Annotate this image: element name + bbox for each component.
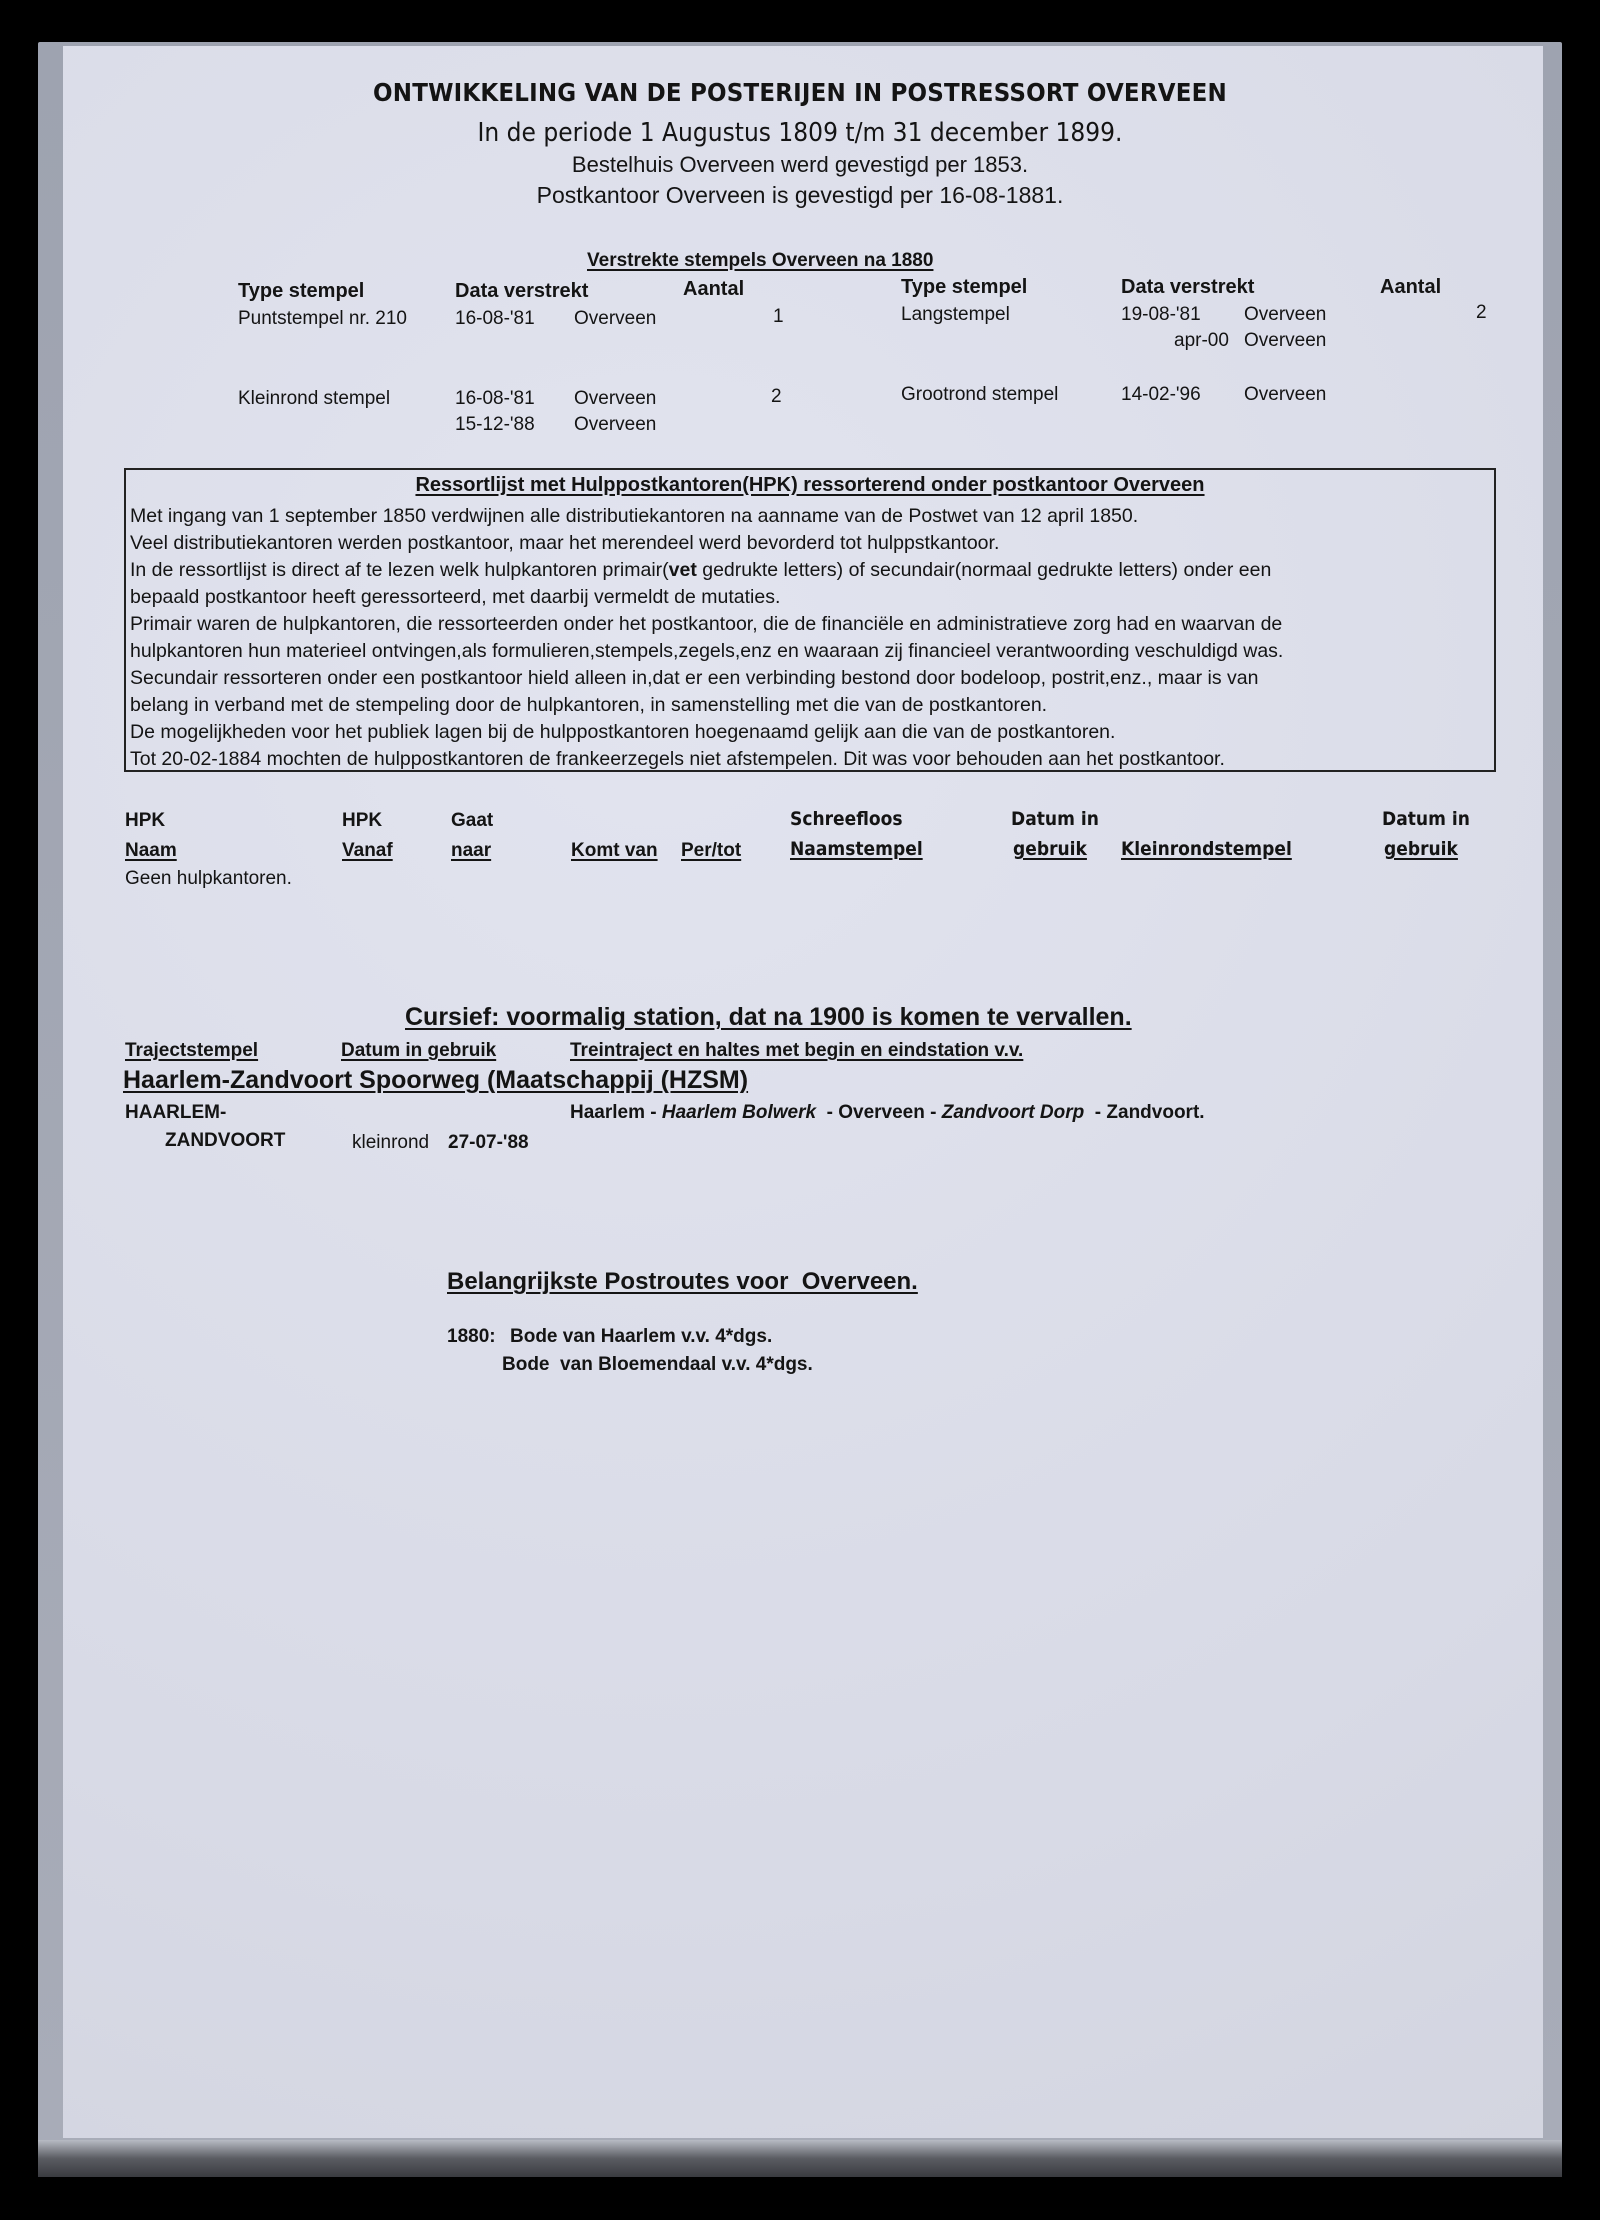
hpk-col-bottom: gebruik: [1384, 838, 1458, 860]
bestelhuis-subtitle: Bestelhuis Overveen werd gevestigd per 1…: [0, 152, 1600, 178]
stamp-name-line2: ZANDVOORT: [165, 1130, 285, 1152]
ressortlijst-line: Veel distributiekantoren werden postkant…: [130, 530, 1283, 557]
ressortlijst-line: Primair waren de hulpkantoren, die resso…: [130, 611, 1283, 638]
stamp-date: 27-07-'88: [448, 1132, 529, 1154]
hpk-col-bottom: Vanaf: [342, 840, 393, 862]
stempel-date: 16-08-'81: [455, 308, 535, 330]
line-text: gedrukte letters) of secundair(normaal g…: [697, 559, 1271, 581]
header-datum-in-gebruik: Datum in gebruik: [341, 1040, 496, 1062]
ressortlijst-box: Ressortlijst met Hulppostkantoren(HPK) r…: [124, 468, 1496, 772]
stempel-type: Langstempel: [901, 304, 1010, 326]
route-station: Haarlem -: [570, 1102, 662, 1123]
ressortlijst-line: belang in verband met de stempeling door…: [130, 692, 1283, 719]
page-title: ONTWIKKELING VAN DE POSTERIJEN IN POSTRE…: [64, 78, 1536, 107]
stempel-aantal: 2: [771, 386, 782, 408]
stempel-aantal: 1: [773, 306, 784, 328]
postroutes-title: Belangrijkste Postroutes voor Overveen.: [447, 1268, 918, 1296]
route-station-former: Zandvoort Dorp: [942, 1102, 1085, 1123]
stempels-header-type-right: Type stempel: [901, 276, 1027, 299]
stempels-title: Verstrekte stempels Overveen na 1880: [587, 250, 933, 272]
ressortlijst-line: Tot 20-02-1884 mochten de hulppostkantor…: [130, 746, 1283, 773]
ressortlijst-text: Met ingang van 1 september 1850 verdwijn…: [130, 503, 1283, 773]
ressortlijst-line: Met ingang van 1 september 1850 verdwijn…: [130, 503, 1283, 530]
stempel-place: Overveen: [574, 388, 656, 410]
stempel-date: 19-08-'81: [1121, 304, 1201, 326]
hpk-col-bottom: Naam: [125, 840, 177, 862]
stempel-place: Overveen: [574, 414, 656, 436]
railway-company: Haarlem-Zandvoort Spoorweg (Maatschappij…: [123, 1066, 748, 1095]
postkantoor-subtitle: Postkantoor Overveen is gevestigd per 16…: [0, 182, 1600, 209]
stempels-header-aantal-left: Aantal: [683, 278, 744, 301]
stempel-date: 14-02-'96: [1121, 384, 1201, 406]
postroutes-year: 1880:: [447, 1326, 496, 1348]
stempel-type: Grootrond stempel: [901, 384, 1058, 406]
hpk-empty-note: Geen hulpkantoren.: [125, 868, 292, 890]
stempels-header-data-right: Data verstrekt: [1121, 276, 1254, 299]
stempel-type: Puntstempel nr. 210: [238, 308, 407, 330]
hpk-col-bottom: Per/tot: [681, 840, 741, 862]
header-treintraject: Treintraject en haltes met begin en eind…: [570, 1040, 1023, 1062]
stempels-header-type-left: Type stempel: [238, 280, 364, 303]
stamp-type: kleinrond: [352, 1132, 429, 1154]
hpk-col-top: HPK: [342, 810, 382, 832]
hpk-col-top: Datum in: [1382, 808, 1470, 830]
stempel-place: Overveen: [574, 308, 656, 330]
stempel-place: Overveen: [1244, 384, 1326, 406]
line-bold-text: vet: [669, 559, 697, 581]
hpk-col-top: Schreefloos: [790, 808, 903, 830]
header-trajectstempel: Trajectstempel: [125, 1040, 258, 1062]
stempel-aantal: 2: [1476, 302, 1487, 324]
ressortlijst-title: Ressortlijst met Hulppostkantoren(HPK) r…: [126, 474, 1494, 497]
ressortlijst-line: In de ressortlijst is direct af te lezen…: [130, 557, 1283, 584]
ressortlijst-line: bepaald postkantoor heeft geressorteerd,…: [130, 584, 1283, 611]
sleeve-bottom-edge: [38, 2140, 1562, 2177]
hpk-col-bottom: Naamstempel: [790, 838, 923, 860]
stempel-date: apr-00: [1174, 330, 1229, 352]
hpk-col-bottom: naar: [451, 840, 491, 862]
stempel-date: 15-12-'88: [455, 414, 535, 436]
postroute-item: Bode van Bloemendaal v.v. 4*dgs.: [502, 1354, 813, 1376]
hpk-col-bottom: Kleinrondstempel: [1121, 838, 1292, 860]
postroute-item: Bode van Haarlem v.v. 4*dgs.: [510, 1326, 772, 1348]
route-station: - Zandvoort.: [1084, 1102, 1204, 1123]
period-subtitle: In de periode 1 Augustus 1809 t/m 31 dec…: [80, 118, 1520, 148]
route-station-former: Haarlem Bolwerk: [662, 1102, 816, 1123]
stempel-type: Kleinrond stempel: [238, 388, 390, 410]
cursief-note: Cursief: voormalig station, dat na 1900 …: [405, 1003, 1132, 1032]
stamp-name-line1: HAARLEM-: [125, 1102, 226, 1124]
hpk-col-top: Gaat: [451, 810, 493, 832]
train-route: Haarlem - Haarlem Bolwerk - Overveen - Z…: [570, 1102, 1205, 1124]
ressortlijst-line: Secundair ressorteren onder een postkant…: [130, 665, 1283, 692]
hpk-col-top: HPK: [125, 810, 165, 832]
line-text: In de ressortlijst is direct af te lezen…: [130, 559, 669, 581]
ressortlijst-line: De mogelijkheden voor het publiek lagen …: [130, 719, 1283, 746]
hpk-col-top: Datum in: [1011, 808, 1099, 830]
stempel-date: 16-08-'81: [455, 388, 535, 410]
stempels-header-data-left: Data verstrekt: [455, 280, 588, 303]
stempels-header-aantal-right: Aantal: [1380, 276, 1441, 299]
stempel-place: Overveen: [1244, 330, 1326, 352]
hpk-col-bottom: gebruik: [1013, 838, 1087, 860]
route-station: - Overveen -: [816, 1102, 942, 1123]
stempel-place: Overveen: [1244, 304, 1326, 326]
ressortlijst-line: hulpkantoren hun materieel ontvingen,als…: [130, 638, 1283, 665]
hpk-col-bottom: Komt van: [571, 840, 658, 862]
